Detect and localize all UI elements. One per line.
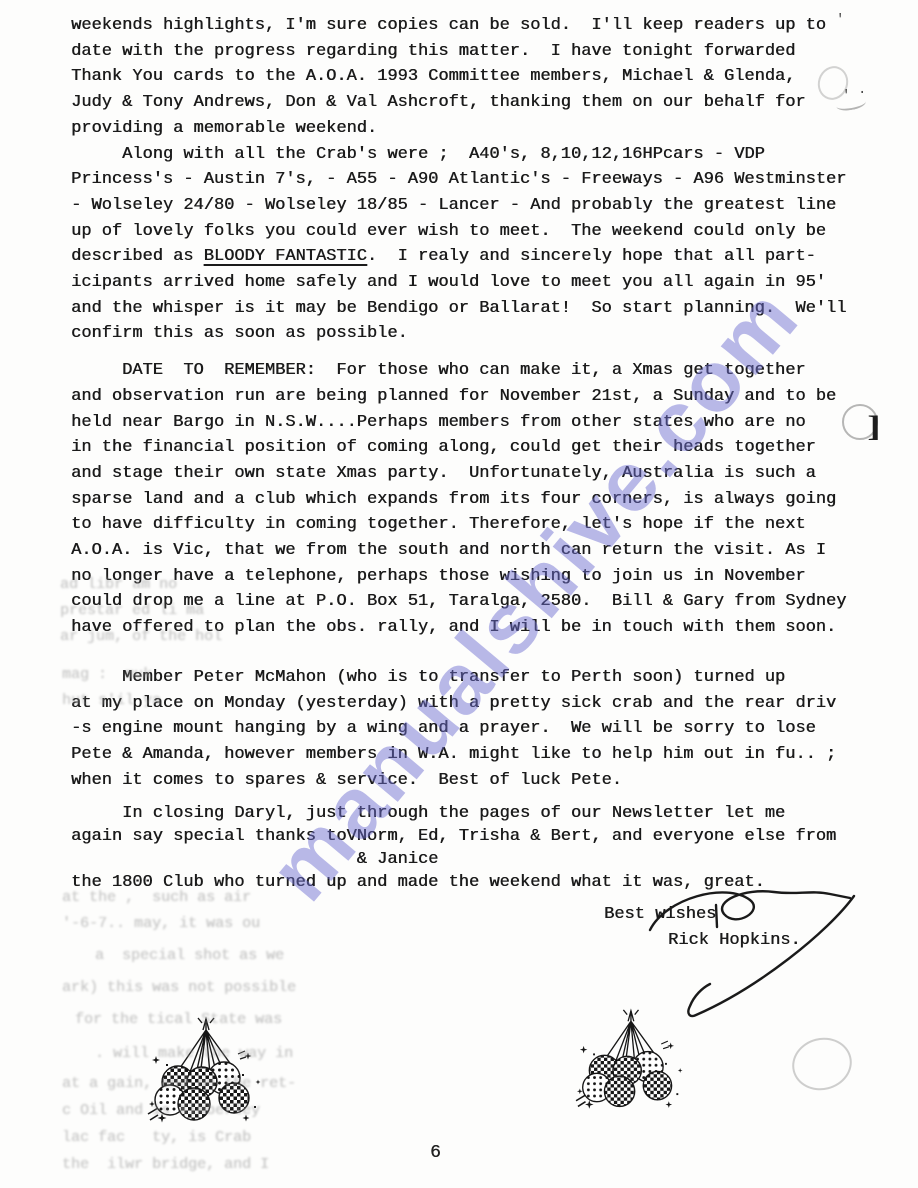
page-number: 6 xyxy=(430,1143,441,1163)
pen-bracket-mark: ] xyxy=(867,410,881,444)
ink-speck: ' xyxy=(836,12,844,28)
signature-flourish xyxy=(650,891,850,930)
typewritten-text-block: weekends highlights, I'm sure copies can… xyxy=(71,13,903,894)
ink-speck: . xyxy=(858,82,866,98)
ink-speck: ' xyxy=(842,88,850,104)
bleedthrough-text-line: a special shot as we xyxy=(95,947,284,964)
handwritten-signature xyxy=(598,872,878,1032)
bleedthrough-text-line: ark) this was not possible xyxy=(62,979,296,996)
smudge-circle-bottom-right xyxy=(787,1032,858,1097)
signature-swoosh xyxy=(688,896,854,1016)
bleedthrough-text-line: the ilwr bridge, and I xyxy=(62,1156,269,1173)
balloon-clipart-left xyxy=(146,1016,264,1128)
paragraph-weekend-highlights: weekends highlights, I'm sure copies can… xyxy=(71,13,903,142)
underlined-bloody-fantastic: BLOODY FANTASTIC xyxy=(204,247,367,266)
scanned-newsletter-page: weekends highlights, I'm sure copies can… xyxy=(0,0,918,1188)
bleedthrough-text-line: lac fac ty, is Crab xyxy=(62,1129,251,1146)
paragraph-car-list: Along with all the Crab's were ; A40's, … xyxy=(71,142,903,348)
paragraph-date-to-remember: DATE TO REMEMBER: For those who can make… xyxy=(71,358,903,641)
bleedthrough-text-line: '-6-7.. may, it was ou xyxy=(62,915,260,932)
paragraph-peter-mcmahon: Member Peter McMahon (who is to transfer… xyxy=(71,665,903,794)
balloon-bunch xyxy=(148,1018,261,1123)
signature-tick xyxy=(716,905,717,927)
